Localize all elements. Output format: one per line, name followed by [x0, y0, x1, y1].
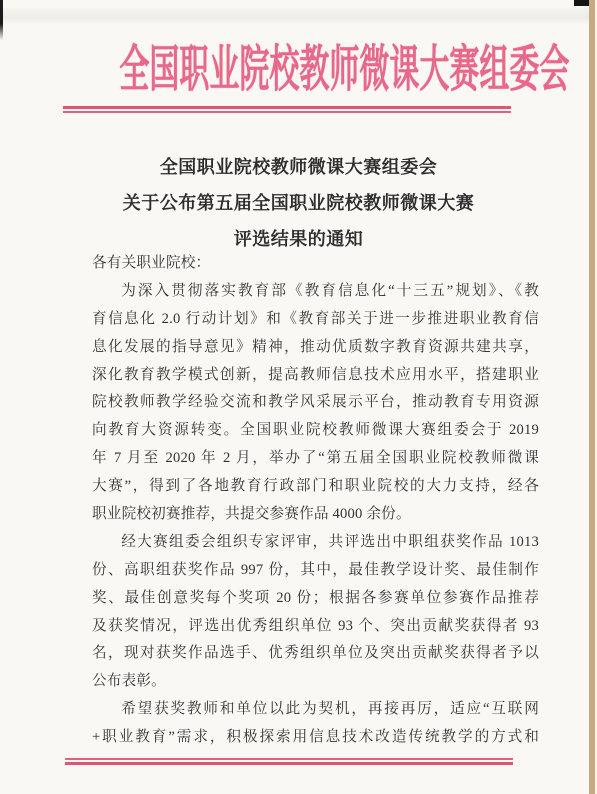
body-line: 深化教育教学模式创新，提高教师信息技术应用水平，搭建职业	[92, 362, 539, 390]
footer-rule	[65, 758, 513, 765]
body-line: 向教育大资源转变。全国职业院校教师微课大赛组委会于 2019	[92, 417, 539, 445]
document-body: 各有关职业院校： 为深入贯彻落实教育部《教育信息化“十三五”规划》、《教 育信息…	[92, 250, 539, 752]
scanned-document-page: 全国职业院校教师微课大赛组委会 全国职业院校教师微课大赛组委会 关于公布第五届全…	[0, 0, 597, 794]
letterhead-rule-top	[63, 106, 511, 113]
body-line: 职业院校初赛推荐，共提交参赛作品 4000 余份。	[92, 501, 539, 529]
scan-edge-left-mark	[0, 0, 3, 40]
letterhead-title: 全国职业院校教师微课大赛组委会	[119, 38, 477, 100]
body-line: 为深入贯彻落实教育部《教育信息化“十三五”规划》、《教	[92, 278, 539, 306]
body-line: 份、高职组获奖作品 997 份，其中，最佳教学设计奖、最佳制作	[92, 557, 539, 585]
body-line: 奖、最佳创意奖每个奖项 20 份；根据各参赛单位参赛作品推荐	[92, 585, 539, 613]
body-line: 名，现对获奖作品选手、优秀组织单位及突出贡献奖获得者予以	[92, 640, 539, 668]
body-line: 年 7 月至 2020 年 2 月，举办了“第五届全国职业院校教师微课	[92, 445, 539, 473]
body-line: 经大赛组委会组织专家评审，共评选出中职组获奖作品 1013	[92, 529, 539, 557]
document-title: 全国职业院校教师微课大赛组委会 关于公布第五届全国职业院校教师微课大赛 评选结果…	[0, 149, 597, 257]
body-line: 息化发展的指导意见》精神，推动优质数字教育资源共建共享，	[92, 334, 539, 362]
scan-top-shadow	[0, 8, 597, 24]
body-line: 及获奖情况，评选出优秀组织单位 93 个、突出贡献奖获得者 93	[92, 613, 539, 641]
document-title-line-2: 关于公布第五届全国职业院校教师微课大赛	[0, 185, 597, 221]
body-line: 育信息化 2.0 行动计划》和《教育部关于进一步推进职业教育信	[92, 306, 539, 334]
body-line: +职业教育”需求，积极探索用信息技术改造传统教学的方式和	[92, 724, 539, 752]
body-line: 希望获奖教师和单位以此为契机，再接再厉，适应“互联网	[92, 696, 539, 724]
body-line: 大赛”，得到了各地教育行政部门和职业院校的大力支持，经各	[92, 473, 539, 501]
body-line: 公布表彰。	[92, 668, 539, 696]
document-title-line-1: 全国职业院校教师微课大赛组委会	[0, 149, 597, 185]
body-line: 院校教师教学经验交流和教学风采展示平台，推动教育专用资源	[92, 389, 539, 417]
salutation: 各有关职业院校：	[92, 250, 539, 278]
